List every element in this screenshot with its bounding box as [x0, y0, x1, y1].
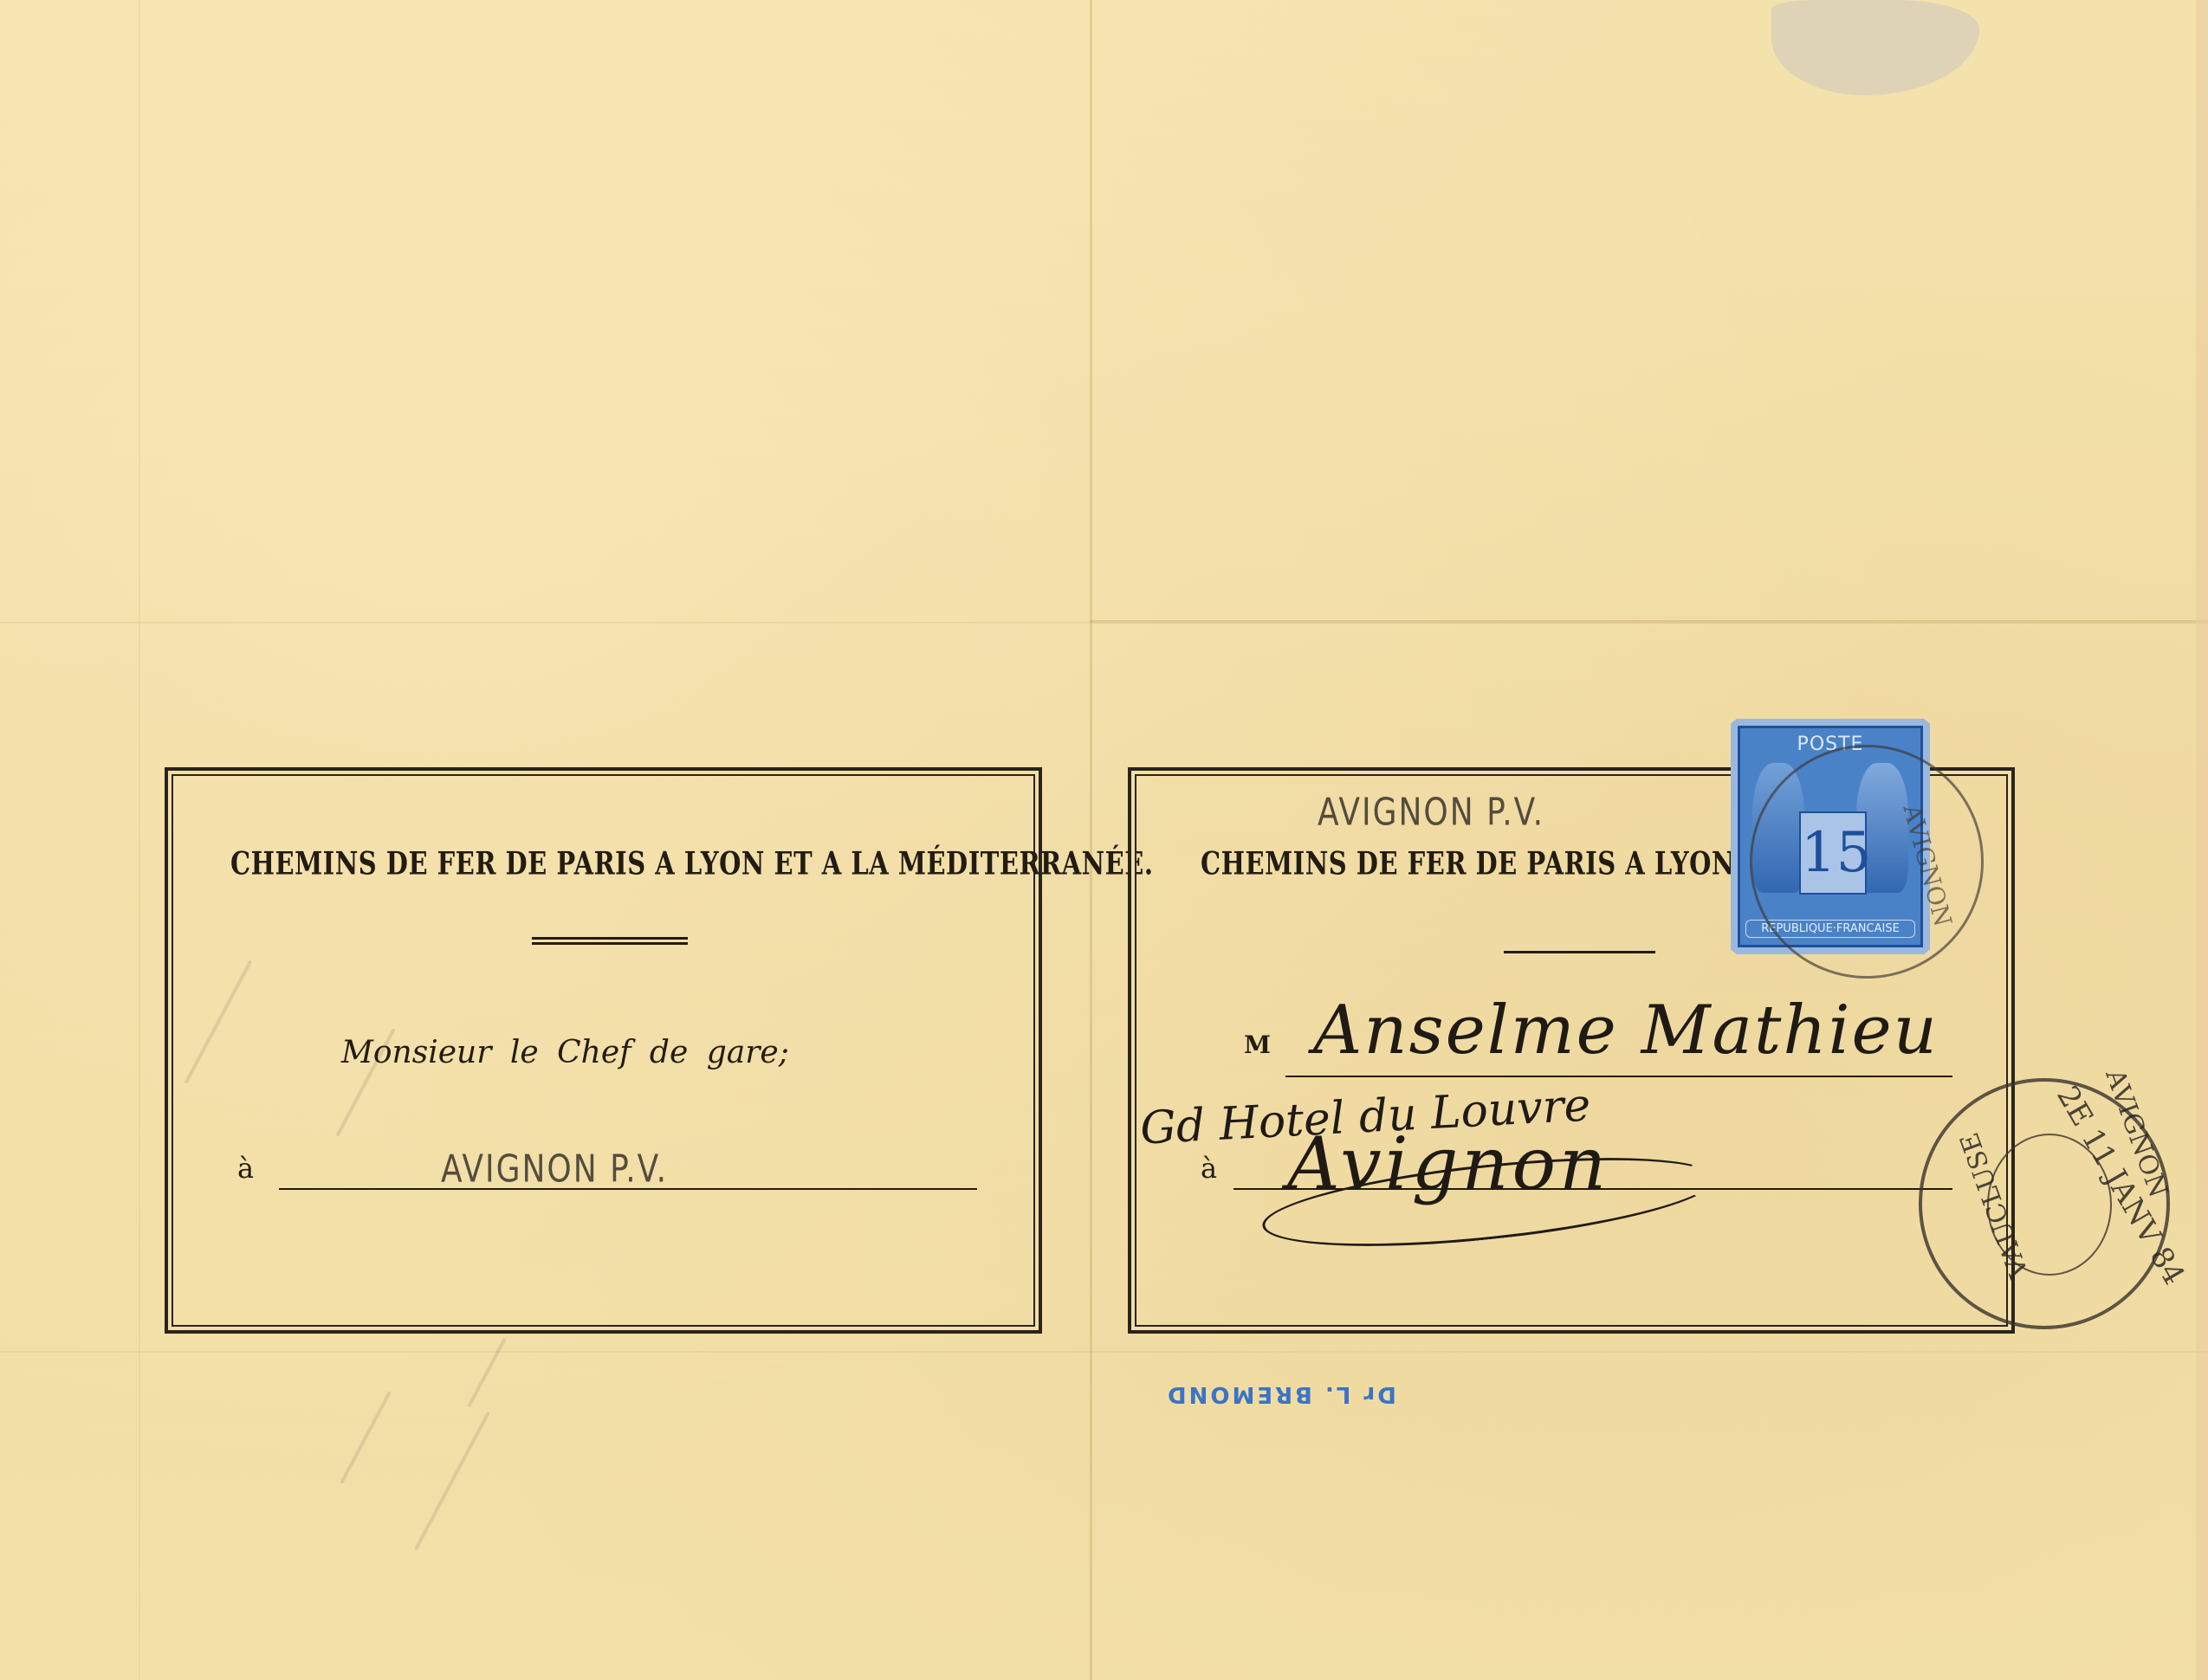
recipient-prefix: M [1244, 1031, 1271, 1059]
recipient-line [1285, 1076, 1952, 1077]
postmark-time: 2E [2049, 1080, 2100, 1132]
decorative-double-rule [532, 937, 688, 940]
vertical-fold-line [1090, 0, 1092, 1680]
decorative-rule [1504, 951, 1655, 953]
cancellation-postmark: AVIGNON [1750, 745, 1984, 979]
cancel-city-text: AVIGNON [1897, 801, 1957, 929]
date-postmark: AVIGNON VAUCLUSE 2E 11 JANV 84 [1919, 1078, 2170, 1329]
company-header: CHEMINS DE FER DE PARIS A LYON ET A LA M… [230, 845, 1153, 882]
destination-prefix: à [1201, 1152, 1217, 1185]
paper-right-edge [2196, 0, 2208, 1680]
greeting-line: Monsieur le Chef de gare; [341, 1035, 789, 1070]
horizontal-fold-line-right [1090, 620, 2208, 624]
left-fold-line [139, 0, 140, 1680]
destination-prefix: à [237, 1152, 254, 1185]
recipient-name-handwritten: Anselme Mathieu [1313, 992, 1939, 1069]
horizontal-fold-line-left [0, 622, 1090, 624]
station-stamp: AVIGNON P.V. [1318, 792, 1544, 834]
bottom-fold-line [0, 1351, 2208, 1353]
station-stamp: AVIGNON P.V. [441, 1148, 668, 1191]
owner-handstamp: Dr L. BREMOND [1165, 1381, 1396, 1407]
left-address-label: CHEMINS DE FER DE PARIS A LYON ET A LA M… [165, 767, 1042, 1334]
